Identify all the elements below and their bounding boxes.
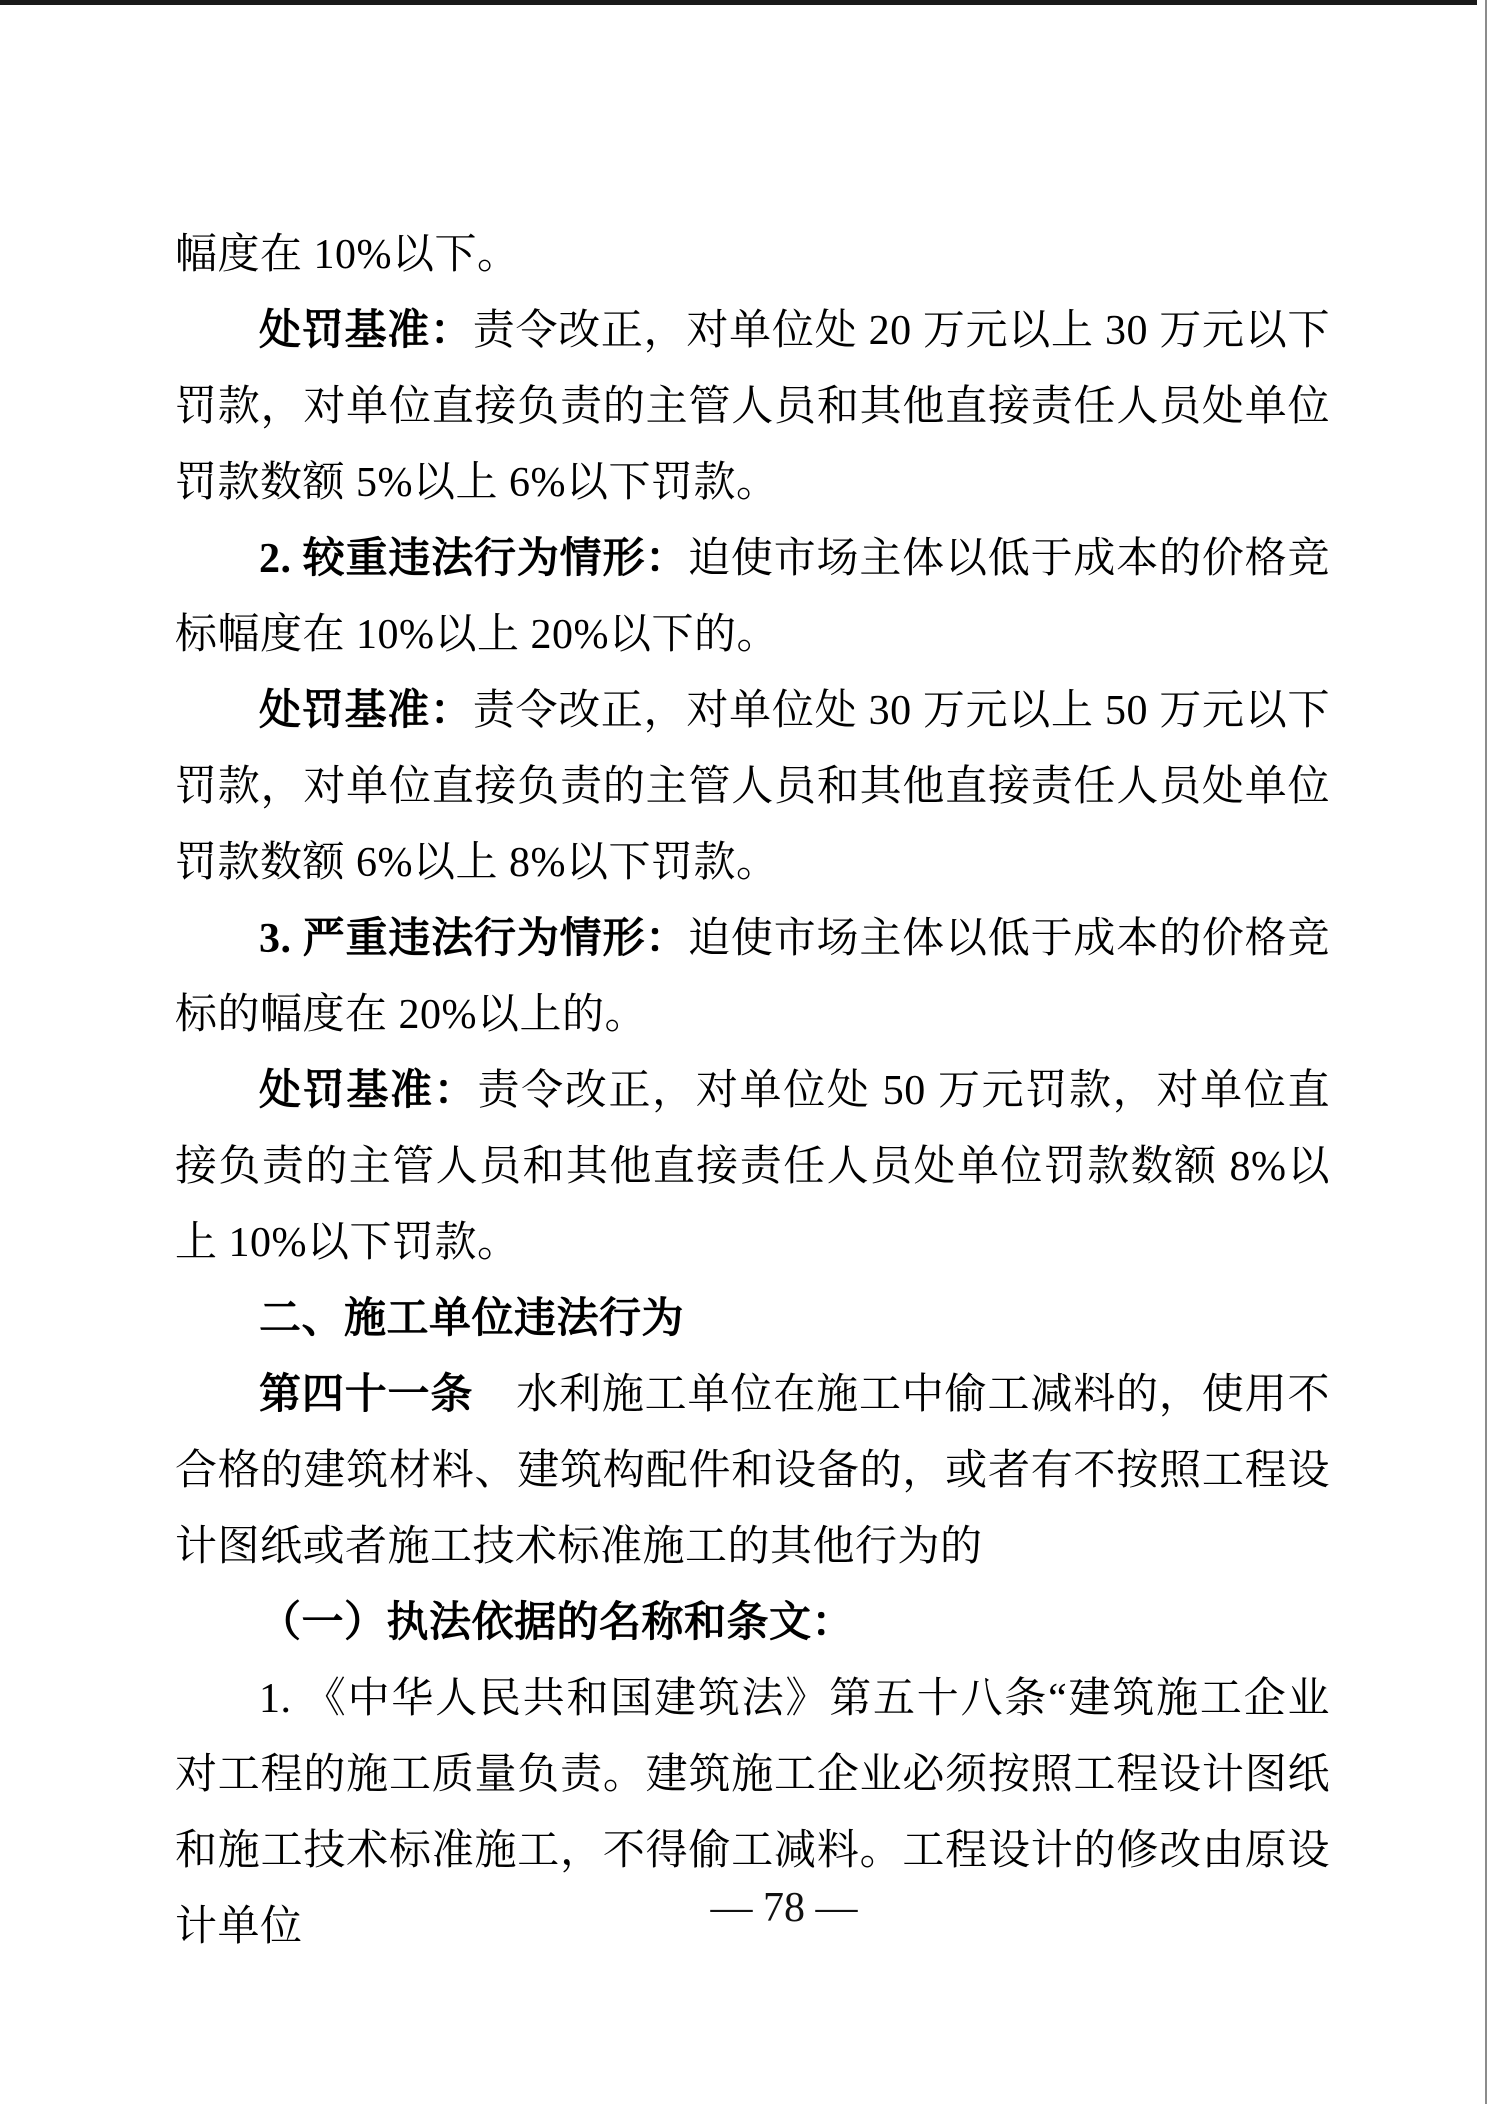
- paragraph: 处罚基准：责令改正，对单位处 30 万元以上 50 万元以下罚款，对单位直接负责…: [175, 673, 1330, 901]
- paragraph-lead: 第四十一条: [259, 1372, 473, 1418]
- paragraph: 第四十一条 水利施工单位在施工中偷工减料的，使用不合格的建筑材料、建筑构配件和设…: [175, 1357, 1330, 1585]
- paragraph: 3. 严重违法行为情形：迫使市场主体以低于成本的价格竞标的幅度在 20%以上的。: [175, 901, 1330, 1053]
- paragraph-lead: 2. 较重违法行为情形：: [259, 536, 688, 582]
- paragraph-lead: 处罚基准：: [259, 688, 473, 734]
- document-body: 幅度在 10%以下。处罚基准：责令改正，对单位处 20 万元以上 30 万元以下…: [175, 217, 1330, 1965]
- scan-artifact-top-bar: [0, 0, 1477, 5]
- document-page: 幅度在 10%以下。处罚基准：责令改正，对单位处 20 万元以上 30 万元以下…: [0, 0, 1488, 2104]
- paragraph: 二、施工单位违法行为: [175, 1281, 1330, 1357]
- paragraph-lead: 3. 严重违法行为情形：: [259, 916, 688, 962]
- page-number: — 78 —: [80, 1882, 1488, 1934]
- paragraph-lead: 处罚基准：: [259, 1068, 477, 1114]
- paragraph-lead: 二、施工单位违法行为: [259, 1296, 684, 1342]
- paragraph: （一）执法依据的名称和条文：: [175, 1585, 1330, 1661]
- paragraph: 幅度在 10%以下。: [175, 217, 1330, 293]
- paragraph: 2. 较重违法行为情形：迫使市场主体以低于成本的价格竞标幅度在 10%以上 20…: [175, 521, 1330, 673]
- scan-artifact-right-edge: [1485, 0, 1487, 2104]
- paragraph-lead: （一）执法依据的名称和条文：: [259, 1600, 854, 1646]
- paragraph: 处罚基准：责令改正，对单位处 50 万元罚款，对单位直接负责的主管人员和其他直接…: [175, 1053, 1330, 1281]
- paragraph-text: 幅度在 10%以下。: [175, 232, 520, 278]
- paragraph: 处罚基准：责令改正，对单位处 20 万元以上 30 万元以下罚款，对单位直接负责…: [175, 293, 1330, 521]
- paragraph-lead: 处罚基准：: [259, 308, 473, 354]
